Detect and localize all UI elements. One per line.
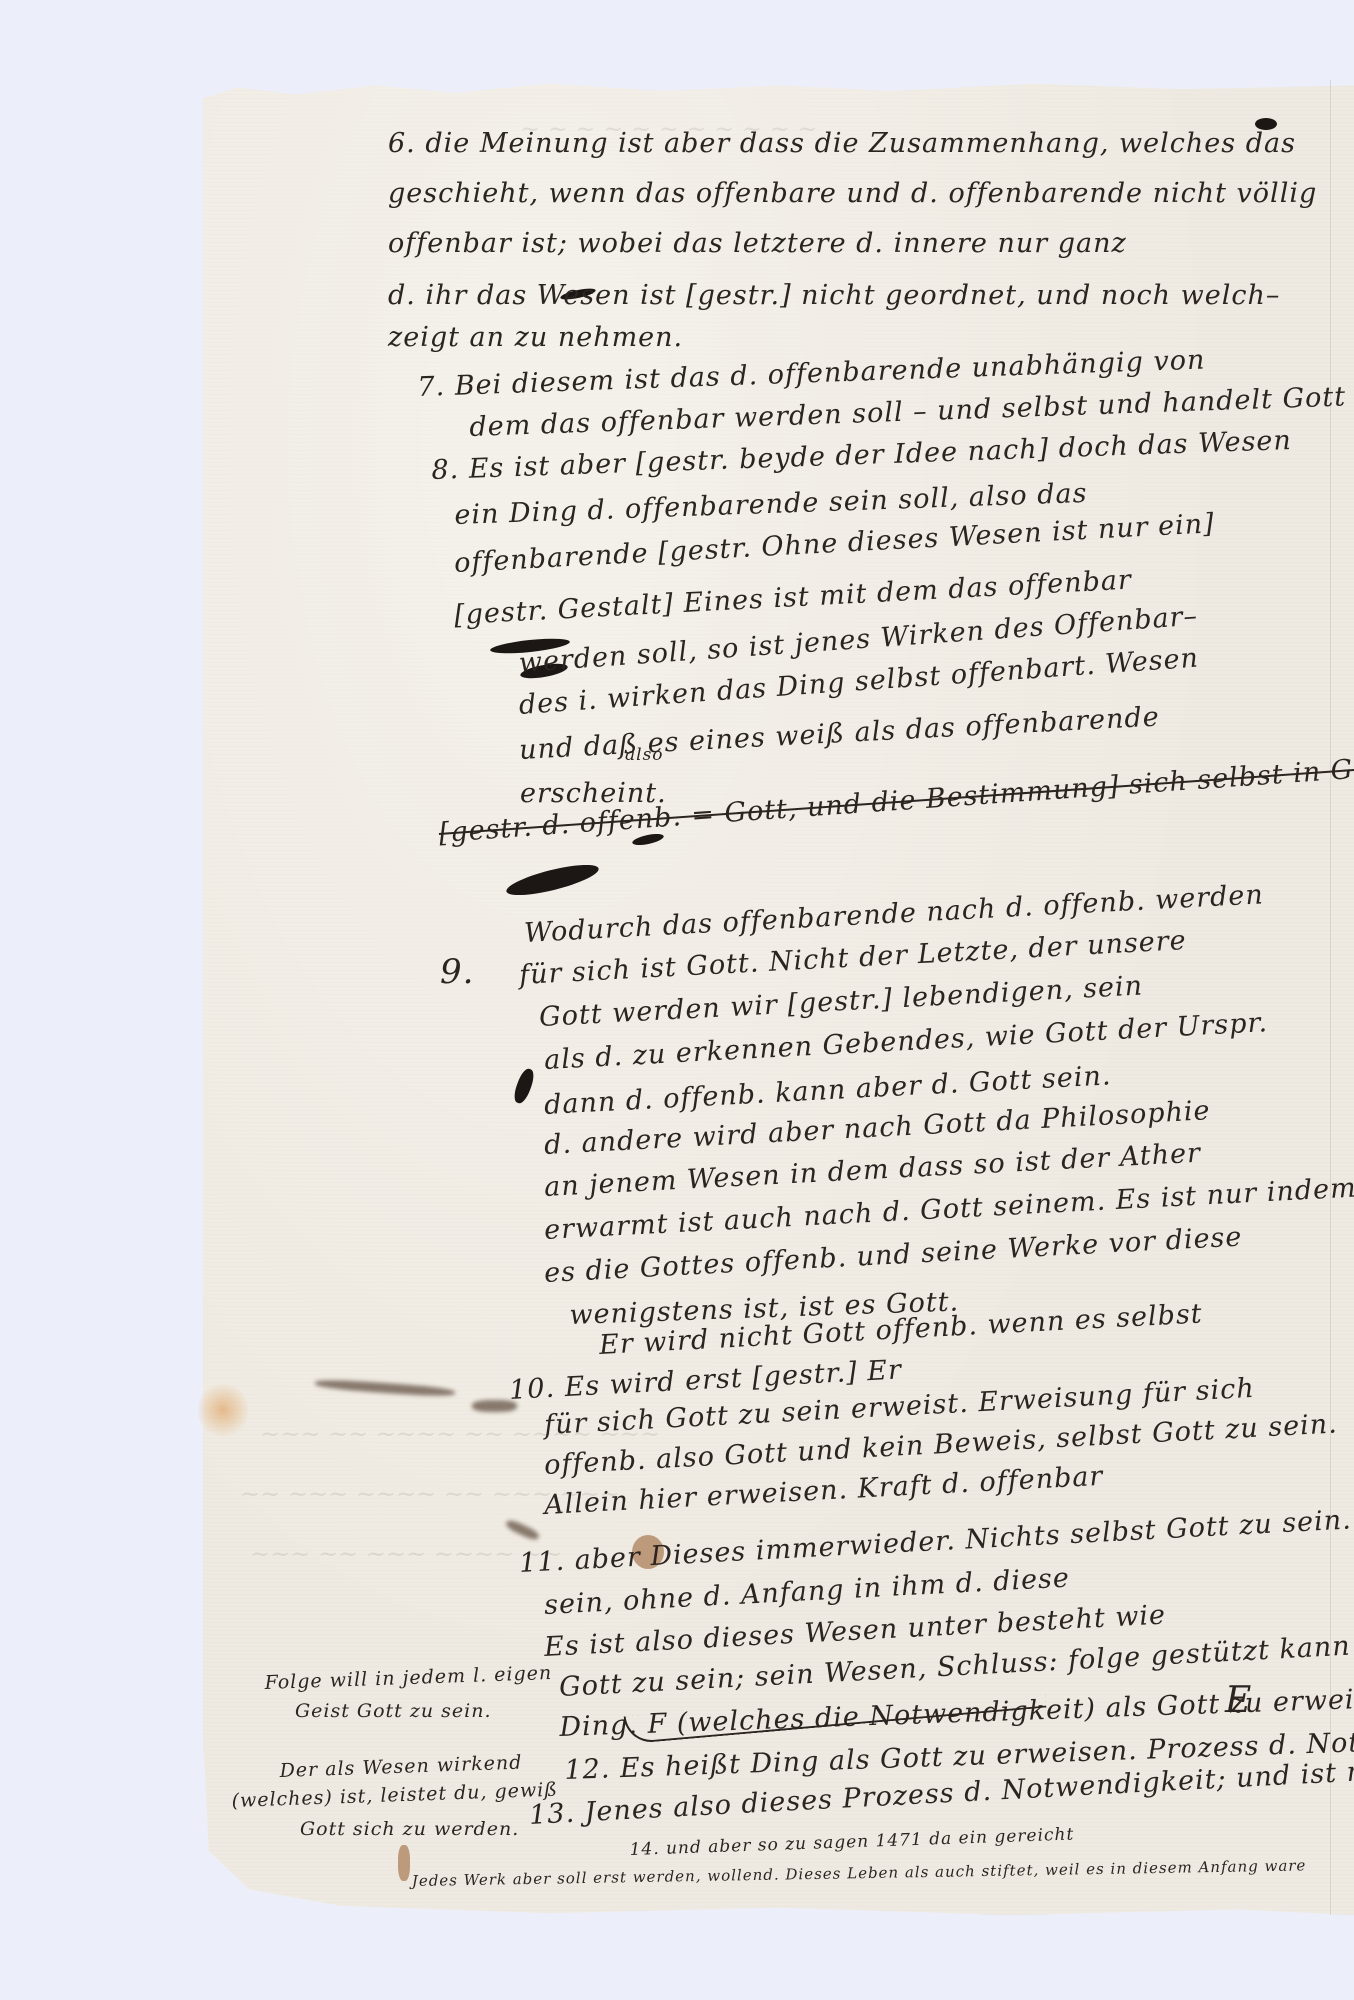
para-9-number: 9. bbox=[440, 952, 474, 992]
brown-stain bbox=[398, 1845, 410, 1881]
para-6-line-5: zeigt an zu nehmen. bbox=[388, 322, 683, 353]
para-6-line-2: geschieht, wenn das offenbare und d. off… bbox=[388, 178, 1317, 209]
interlinear-insert: also bbox=[625, 745, 664, 765]
margin-note-2-line-3: Gott sich zu werden. bbox=[300, 1818, 519, 1840]
insertion-mark-e: E bbox=[1225, 1680, 1252, 1721]
bleed-through-text: ~~~ ~~ ~~~ ~~~~ ~~ bbox=[250, 1540, 562, 1568]
water-stain bbox=[198, 1380, 248, 1440]
para-6-line-1: 6. die Meinung ist aber dass die Zusamme… bbox=[388, 128, 1296, 159]
para-6-line-3: offenbar ist; wobei das letztere d. inne… bbox=[388, 228, 1127, 259]
margin-note-1-line-2: Geist Gott zu sein. bbox=[295, 1700, 492, 1722]
para-6-line-4: d. ihr das Wesen ist [gestr.] nicht geor… bbox=[388, 280, 1280, 311]
